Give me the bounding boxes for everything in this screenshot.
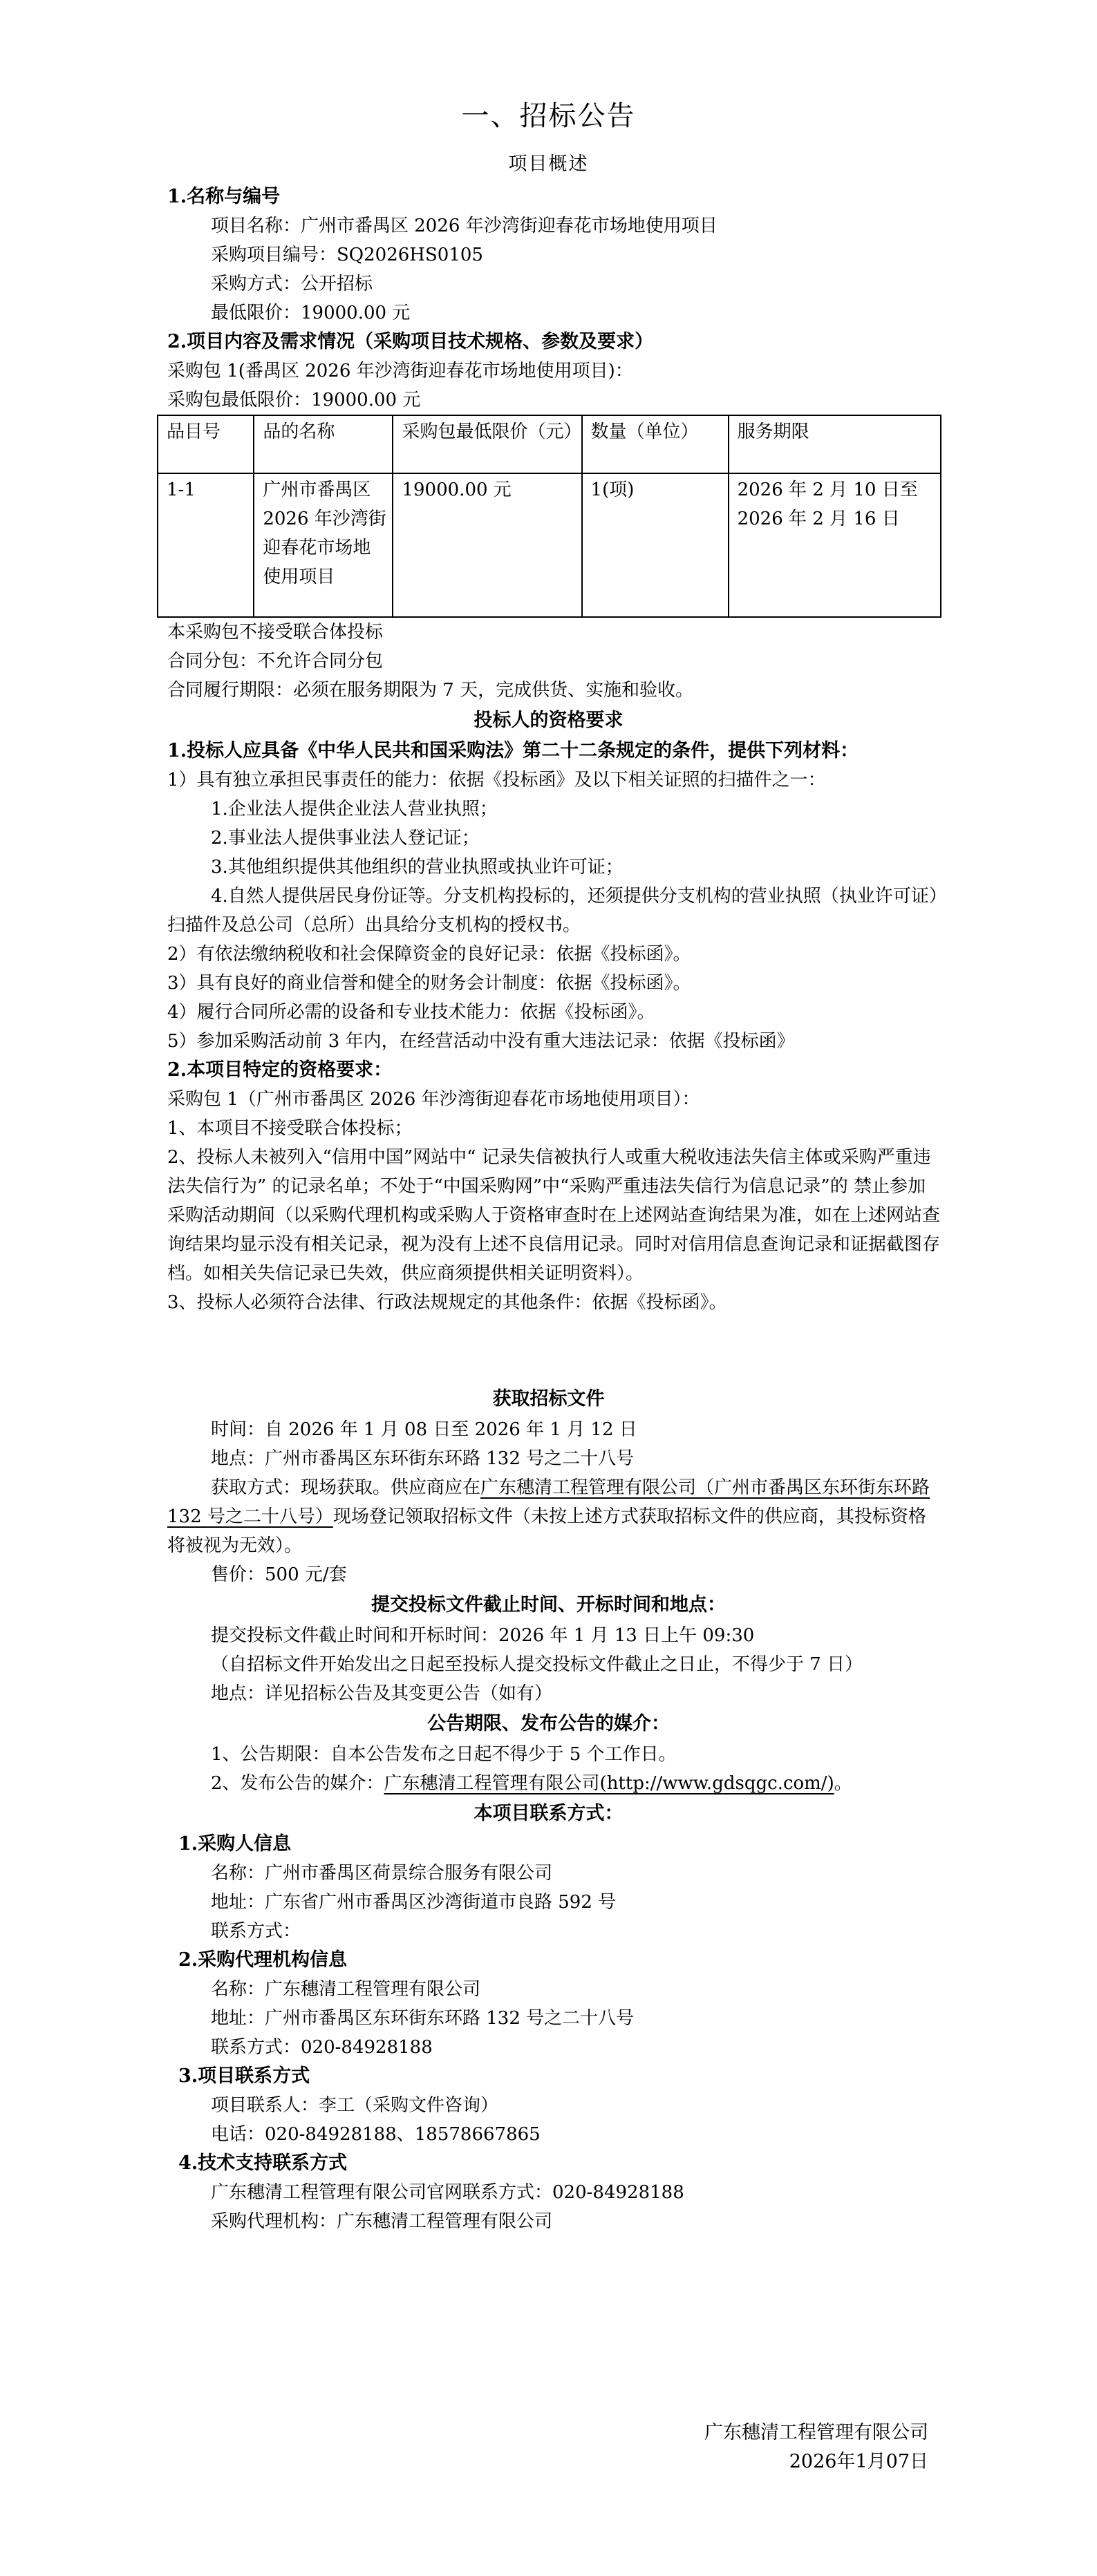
purchaser-name: 名称：广州市番禺区荷景综合服务有限公司 bbox=[167, 1859, 941, 1888]
specific-item: 2、投标人未被列入“信用中国”网站中“ 记录失信被执行人或重大税收违法失信主体或… bbox=[167, 1143, 941, 1288]
document-subtitle: 项目概述 bbox=[0, 151, 1097, 178]
table-cell-name: 广州市番禺区 2026 年沙湾街迎春花市场地使用项目 bbox=[254, 473, 393, 617]
table-cell-code: 1-1 bbox=[158, 473, 254, 617]
agency-address: 地址：广州市番禺区东环街东环路 132 号之二十八号 bbox=[167, 2004, 941, 2033]
publication-media-prefix: 2、发布公告的媒介： bbox=[211, 1773, 384, 1794]
table-cell-quantity: 1(项) bbox=[582, 473, 729, 617]
min-price: 最低限价：19000.00 元 bbox=[167, 299, 941, 328]
section-content-heading: 2.项目内容及需求情况（采购项目技术规格、参数及要求） bbox=[167, 328, 941, 357]
qualification-item: 2）有依法缴纳税收和社会保障资金的良好记录：依据《投标函》。 bbox=[167, 940, 941, 969]
support-heading: 4.技术支持联系方式 bbox=[167, 2149, 941, 2178]
table-cell-period: 2026 年 2 月 10 日至 2026 年 2 月 16 日 bbox=[729, 473, 941, 617]
specific-item: 1、本项目不接受联合体投标； bbox=[167, 1114, 941, 1143]
package-label: 采购包 1(番禺区 2026 年沙湾街迎春花市场地使用项目)： bbox=[167, 357, 941, 386]
project-contact-heading: 3.项目联系方式 bbox=[167, 2062, 941, 2091]
support-website-contact: 广东穗清工程管理有限公司官网联系方式：020-84928188 bbox=[167, 2178, 941, 2207]
project-contact-phone: 电话：020-84928188、18578667865 bbox=[167, 2120, 941, 2149]
obtain-time: 时间：自 2026 年 1 月 08 日至 2026 年 1 月 12 日 bbox=[167, 1415, 941, 1444]
items-table: 品目号 品的名称 采购包最低限价（元） 数量（单位） 服务期限 1-1 广州市番… bbox=[157, 415, 941, 618]
obtain-price: 售价：500 元/套 bbox=[167, 1560, 941, 1589]
table-header: 采购包最低限价（元） bbox=[393, 415, 581, 473]
publication-heading: 公告期限、发布公告的媒介： bbox=[0, 1708, 1097, 1740]
performance-note: 合同履行期限：必须在服务期限为 7 天，完成供货、实施和验收。 bbox=[167, 676, 941, 705]
publication-media-link[interactable]: 广东穗清工程管理有限公司(http://www.gdsqgc.com/) bbox=[384, 1773, 834, 1794]
qualification-item: 3）具有良好的商业信誉和健全的财务会计制度：依据《投标函》。 bbox=[167, 969, 941, 998]
table-header: 服务期限 bbox=[729, 415, 941, 473]
purchaser-contact: 联系方式： bbox=[167, 1917, 941, 1946]
qualification-subitem: 3.其他组织提供其他组织的营业执照或执业许可证； bbox=[167, 853, 941, 882]
deadline-place: 地点：详见招标公告及其变更公告（如有） bbox=[167, 1679, 941, 1708]
agency-heading: 2.采购代理机构信息 bbox=[167, 1946, 941, 1975]
publication-period: 1、公告期限：自本公告发布之日起不得少于 5 个工作日。 bbox=[167, 1740, 941, 1769]
table-row: 1-1 广州市番禺区 2026 年沙湾街迎春花市场地使用项目 19000.00 … bbox=[158, 473, 941, 617]
document-title: 一、招标公告 bbox=[0, 97, 1097, 135]
deadline-note: （自招标文件开始发出之日起至投标人提交投标文件截止之日止，不得少于 7 日） bbox=[167, 1650, 941, 1679]
specific-qualification-heading: 2.本项目特定的资格要求： bbox=[167, 1056, 941, 1085]
publication-media: 2、发布公告的媒介：广东穗清工程管理有限公司(http://www.gdsqgc… bbox=[167, 1769, 941, 1798]
qualification-subitem: 4.自然人提供居民身份证等。分支机构投标的，还须提供分支机构的营业执照（执业许可… bbox=[167, 882, 941, 940]
signature-date: 2026年1月07日 bbox=[704, 2447, 928, 2476]
table-header: 数量（单位） bbox=[582, 415, 729, 473]
subcontract-note: 合同分包：不允许合同分包 bbox=[167, 647, 941, 676]
table-header-row: 品目号 品的名称 采购包最低限价（元） 数量（单位） 服务期限 bbox=[158, 415, 941, 473]
signature-company: 广东穗清工程管理有限公司 bbox=[704, 2418, 928, 2447]
specific-item: 3、投标人必须符合法律、行政法规规定的其他条件：依据《投标函》。 bbox=[167, 1288, 941, 1317]
contacts-heading: 本项目联系方式： bbox=[0, 1798, 1097, 1830]
obtain-place: 地点：广州市番禺区东环街东环路 132 号之二十八号 bbox=[167, 1444, 941, 1473]
qualification-subitem: 1.企业法人提供企业法人营业执照； bbox=[167, 795, 941, 824]
qualification-item: 5）参加采购活动前 3 年内，在经营活动中没有重大违法记录：依据《投标函》 bbox=[167, 1027, 941, 1056]
specific-package: 采购包 1（广州市番禺区 2026 年沙湾街迎春花市场地使用项目）： bbox=[167, 1085, 941, 1114]
section-name-code-heading: 1.名称与编号 bbox=[167, 182, 941, 211]
qualification-heading: 投标人的资格要求 bbox=[0, 705, 1097, 737]
obtain-heading: 获取招标文件 bbox=[0, 1383, 1097, 1415]
qualification-item: 4）履行合同所必需的设备和专业技术能力：依据《投标函》。 bbox=[167, 998, 941, 1027]
qualification-item: 1）具有独立承担民事责任的能力：依据《投标函》及以下相关证照的扫描件之一： bbox=[167, 766, 941, 795]
signature-block: 广东穗清工程管理有限公司 2026年1月07日 bbox=[704, 2418, 928, 2476]
package-min-price: 采购包最低限价：19000.00 元 bbox=[167, 386, 941, 415]
obtain-method-prefix: 获取方式：现场获取。供应商应在 bbox=[211, 1477, 480, 1498]
agency-name: 名称：广东穗清工程管理有限公司 bbox=[167, 1975, 941, 2004]
obtain-method: 获取方式：现场获取。供应商应在广东穗清工程管理有限公司（广州市番禺区东环街东环路… bbox=[167, 1473, 941, 1560]
table-header: 品目号 bbox=[158, 415, 254, 473]
table-header: 品的名称 bbox=[254, 415, 393, 473]
consortium-note: 本采购包不接受联合体投标 bbox=[167, 618, 941, 647]
purchaser-heading: 1.采购人信息 bbox=[167, 1830, 941, 1859]
qualification-subitem: 2.事业法人提供事业法人登记证； bbox=[167, 824, 941, 853]
table-cell-price: 19000.00 元 bbox=[393, 473, 581, 617]
project-code: 采购项目编号：SQ2026HS0105 bbox=[167, 240, 941, 269]
publication-media-suffix: 。 bbox=[834, 1773, 852, 1794]
support-agency: 采购代理机构：广东穗清工程管理有限公司 bbox=[167, 2207, 941, 2236]
procurement-method: 采购方式：公开招标 bbox=[167, 269, 941, 299]
project-contact-person: 项目联系人：李工（采购文件咨询） bbox=[167, 2091, 941, 2120]
general-qualification-heading: 1.投标人应具备《中华人民共和国采购法》第二十二条规定的条件，提供下列材料： bbox=[167, 737, 941, 766]
deadline-time: 提交投标文件截止时间和开标时间：2026 年 1 月 13 日上午 09:30 bbox=[167, 1621, 941, 1650]
deadline-heading: 提交投标文件截止时间、开标时间和地点： bbox=[0, 1589, 1097, 1621]
blank-space bbox=[167, 1317, 941, 1383]
purchaser-address: 地址：广东省广州市番禺区沙湾街道市良路 592 号 bbox=[167, 1888, 941, 1917]
project-name: 项目名称：广州市番禺区 2026 年沙湾街迎春花市场地使用项目 bbox=[167, 211, 941, 240]
content-flow: 1.名称与编号 项目名称：广州市番禺区 2026 年沙湾街迎春花市场地使用项目 … bbox=[167, 182, 941, 2236]
agency-contact: 联系方式：020-84928188 bbox=[167, 2033, 941, 2062]
